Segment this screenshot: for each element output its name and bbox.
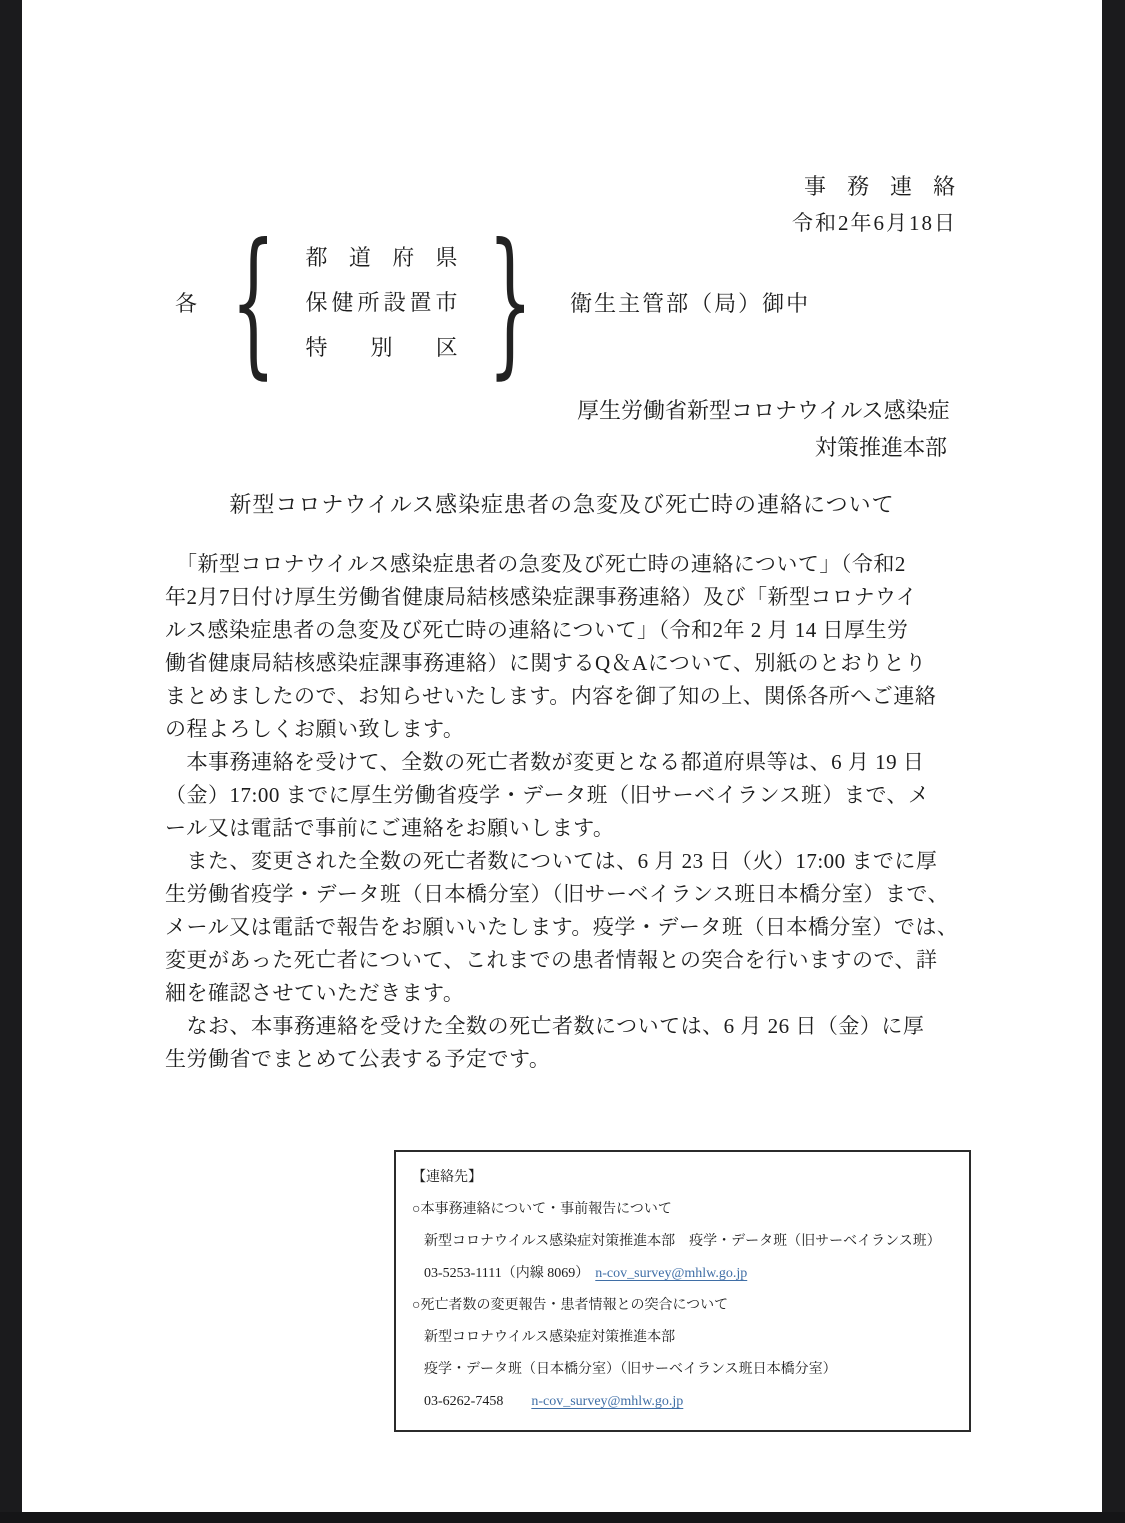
- sender-org-line2: 対策推進本部: [815, 429, 950, 466]
- body-paragraph-1: 「新型コロナウイルス感染症患者の急変及び死亡時の連絡について」（令和2 年2月7…: [165, 548, 969, 746]
- sender-block: 厚生労働省新型コロナウイルス感染症 対策推進本部: [577, 392, 950, 466]
- right-dark-strip: [1102, 0, 1125, 1523]
- doc-date: 令和2年6月18日: [792, 207, 957, 237]
- contact-section2-phone: 03-6262-7458: [424, 1394, 503, 1409]
- addressee-group-special-wards: 特別区: [306, 325, 458, 370]
- contact-section2-email-link[interactable]: n-cov_survey@mhlw.go.jp: [531, 1394, 683, 1409]
- addressee-group-health-center-cities: 保健所設置市: [306, 280, 458, 325]
- left-dark-strip: [0, 0, 22, 1523]
- document-title: 新型コロナウイルス感染症患者の急変及び死亡時の連絡について: [22, 488, 1102, 519]
- body-paragraph-2: 本事務連絡を受けて、全数の死亡者数が変更となる都道府県等は、6 月 19 日 （…: [165, 746, 969, 845]
- contact-section2-org1: 新型コロナウイルス感染症対策推進本部: [410, 1322, 955, 1354]
- doc-type-label: 事務連絡: [804, 170, 976, 201]
- contact-section1-email-link[interactable]: n-cov_survey@mhlw.go.jp: [595, 1266, 747, 1281]
- contact-section1-phone-line: 03-5253-1111（内線 8069）n-cov_survey@mhlw.g…: [410, 1258, 955, 1290]
- contact-section2-phone-line: 03-6262-7458n-cov_survey@mhlw.go.jp: [410, 1386, 955, 1418]
- contact-box: 【連絡先】 ○本事務連絡について・事前報告について 新型コロナウイルス感染症対策…: [394, 1150, 971, 1432]
- document-page: 事務連絡 令和2年6月18日 各 { 都道府県 保健所設置市 特別区 } 衛生主…: [22, 0, 1102, 1512]
- brace-open-glyph: {: [231, 243, 276, 362]
- addressee-suffix: 衛生主管部（局）御中: [570, 287, 810, 318]
- body-paragraph-4: なお、本事務連絡を受けた全数の死亡者数については、6 月 26 日（金）に厚 生…: [165, 1010, 969, 1076]
- contact-box-heading: 【連絡先】: [410, 1162, 955, 1194]
- addressee-groups: 都道府県 保健所設置市 特別区: [306, 235, 458, 370]
- brace-close-glyph: }: [487, 243, 532, 362]
- sender-org-line1: 厚生労働省新型コロナウイルス感染症: [577, 392, 950, 429]
- addressee-group-prefectures: 都道府県: [306, 235, 458, 280]
- body-paragraph-3: また、変更された全数の死亡者数については、6 月 23 日（火）17:00 まで…: [165, 845, 969, 1010]
- contact-section1-phone: 03-5253-1111（内線 8069）: [424, 1266, 589, 1281]
- addressee-prefix: 各: [175, 287, 197, 318]
- document-body: 「新型コロナウイルス感染症患者の急変及び死亡時の連絡について」（令和2 年2月7…: [165, 548, 969, 1076]
- screenshot-frame: 事務連絡 令和2年6月18日 各 { 都道府県 保健所設置市 特別区 } 衛生主…: [0, 0, 1125, 1523]
- contact-section1-org: 新型コロナウイルス感染症対策推進本部 疫学・データ班（旧サーベイランス班）: [410, 1226, 955, 1258]
- contact-section2-heading: ○死亡者数の変更報告・患者情報との突合について: [410, 1290, 955, 1322]
- bottom-dark-strip: [0, 1512, 1125, 1523]
- contact-section2-org2: 疫学・データ班（日本橋分室）（旧サーベイランス班日本橋分室）: [410, 1354, 955, 1386]
- addressee-block: 各 { 都道府県 保健所設置市 特別区 } 衛生主管部（局）御中: [175, 235, 810, 370]
- contact-section1-heading: ○本事務連絡について・事前報告について: [410, 1194, 955, 1226]
